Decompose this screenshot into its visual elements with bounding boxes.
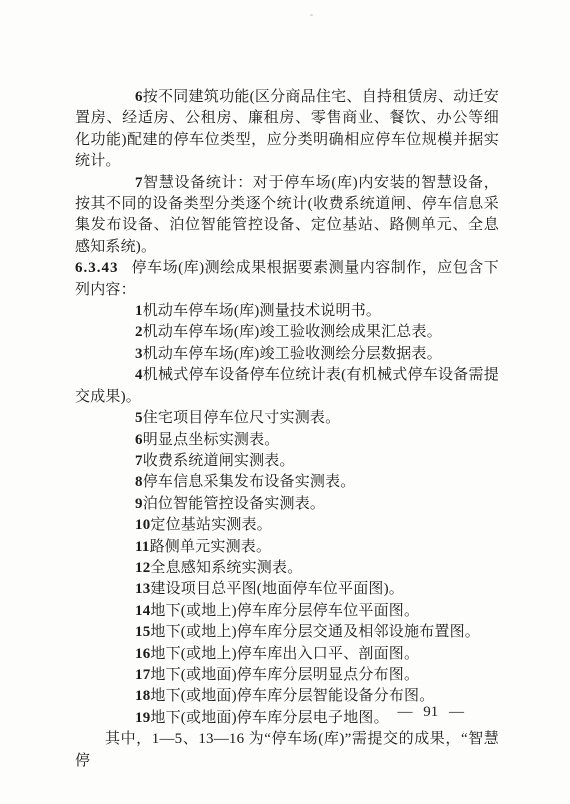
document-page: 6按不同建筑功能(区分商品住宅、自持租赁房、动迁安置房、经适房、公租房、廉租房、… <box>0 0 570 804</box>
item-number: 15 <box>105 622 150 643</box>
item-number: 2 <box>105 322 143 343</box>
paragraph-text: 地下(或地面)停车库分层明显点分布图。 <box>150 667 419 683</box>
item-number: 17 <box>105 665 150 686</box>
numbered-list-item: 16地下(或地上)停车库出入口平、剖面图。 <box>75 644 499 665</box>
item-number: 16 <box>105 644 150 665</box>
paragraph-text: 住宅项目停车位尺寸实测表。 <box>143 410 341 426</box>
numbered-list-item: 8停车信息采集发布设备实测表。 <box>75 472 499 493</box>
numbered-list-item: 15地下(或地上)停车库分层交通及相邻设施布置图。 <box>75 622 499 643</box>
scan-artifact-speck <box>310 14 313 16</box>
paragraph-text: 全息感知系统实测表。 <box>150 560 302 576</box>
numbered-list-item: 9泊位智能管控设备实测表。 <box>75 494 499 515</box>
item-number: 7 <box>105 451 143 472</box>
paragraph-text: 机动车停车场(库)测量技术说明书。 <box>143 303 381 319</box>
item-number: 1 <box>105 301 143 322</box>
numbered-list-item: 5住宅项目停车位尺寸实测表。 <box>75 408 499 429</box>
paragraph-text: 收费系统道闸实测表。 <box>143 453 295 469</box>
numbered-list-item: 17地下(或地面)停车库分层明显点分布图。 <box>75 665 499 686</box>
item-number: 13 <box>105 579 150 600</box>
item-number: 9 <box>105 494 143 515</box>
paragraph-text: 建设项目总平图(地面停车位平面图)。 <box>150 581 404 597</box>
clause-paragraph: 6.3.43停车场(库)测绘成果根据要素测量内容制作，应包含下列内容： <box>75 258 499 301</box>
paragraph-text: 机动车停车场(库)竣工验收测绘分层数据表。 <box>143 346 442 362</box>
paragraph-text: 泊位智能管控设备实测表。 <box>143 496 325 512</box>
item-number: 5 <box>105 408 143 429</box>
paragraph-text: 地下(或地上)停车库出入口平、剖面图。 <box>150 646 419 662</box>
paragraph-text: 路侧单元实测表。 <box>150 539 272 555</box>
numbered-list-item: 2机动车停车场(库)竣工验收测绘成果汇总表。 <box>75 322 499 343</box>
numbered-list-item: 7智慧设备统计：对于停车场(库)内安装的智慧设备，按其不同的设备类型分类逐个统计… <box>75 173 499 259</box>
numbered-list-item: 13建设项目总平图(地面停车位平面图)。 <box>75 579 499 600</box>
paragraph-text: 地下(或地面)停车库分层智能设备分布图。 <box>150 688 434 704</box>
paragraph-text: 停车场(库)测绘成果根据要素测量内容制作，应包含下列内容： <box>75 260 499 297</box>
paragraph-text: 地下(或地面)停车库分层电子地图。 <box>150 710 388 726</box>
numbered-list-item: 1机动车停车场(库)测量技术说明书。 <box>75 301 499 322</box>
numbered-list-item: 11路侧单元实测表。 <box>75 537 499 558</box>
document-body: 6按不同建筑功能(区分商品住宅、自持租赁房、动迁安置房、经适房、公租房、廉租房、… <box>75 87 499 772</box>
paragraph-text: 停车信息采集发布设备实测表。 <box>143 474 356 490</box>
paragraph-text: 明显点坐标实测表。 <box>143 432 280 448</box>
item-number: 3 <box>105 344 143 365</box>
numbered-list-item: 7收费系统道闸实测表。 <box>75 451 499 472</box>
item-number: 19 <box>105 708 150 729</box>
item-number: 14 <box>105 601 150 622</box>
item-number: 10 <box>105 515 150 536</box>
numbered-list-item: 3机动车停车场(库)竣工验收测绘分层数据表。 <box>75 344 499 365</box>
item-number: 18 <box>105 686 150 707</box>
paragraph-text: 地下(或地上)停车库分层停车位平面图。 <box>150 603 419 619</box>
page-number: — 91 — <box>398 703 465 721</box>
paragraph-text: 定位基站实测表。 <box>150 517 272 533</box>
numbered-list-item: 14地下(或地上)停车库分层停车位平面图。 <box>75 601 499 622</box>
item-number: 4 <box>105 365 143 386</box>
numbered-list-item: 4机械式停车设备停车位统计表(有机械式停车设备需提交成果)。 <box>75 365 499 408</box>
numbered-list-item: 6按不同建筑功能(区分商品住宅、自持租赁房、动迁安置房、经适房、公租房、廉租房、… <box>75 87 499 173</box>
numbered-list-item: 10定位基站实测表。 <box>75 515 499 536</box>
item-number: 8 <box>105 472 143 493</box>
body-paragraph: 其中，1—5、13—16 为“停车场(库)”需提交的成果，“智慧停 <box>75 729 499 772</box>
item-number: 7 <box>105 173 143 194</box>
item-number: 6 <box>105 430 143 451</box>
clause-number: 6.3.43 <box>75 260 119 276</box>
numbered-list-item: 6明显点坐标实测表。 <box>75 430 499 451</box>
paragraph-text: 机动车停车场(库)竣工验收测绘成果汇总表。 <box>143 324 442 340</box>
item-number: 12 <box>105 558 150 579</box>
item-number: 6 <box>105 87 143 108</box>
numbered-list-item: 12全息感知系统实测表。 <box>75 558 499 579</box>
paragraph-text: 其中，1—5、13—16 为“停车场(库)”需提交的成果，“智慧停 <box>75 731 499 768</box>
item-number: 11 <box>105 537 150 558</box>
paragraph-text: 地下(或地上)停车库分层交通及相邻设施布置图。 <box>150 624 480 640</box>
